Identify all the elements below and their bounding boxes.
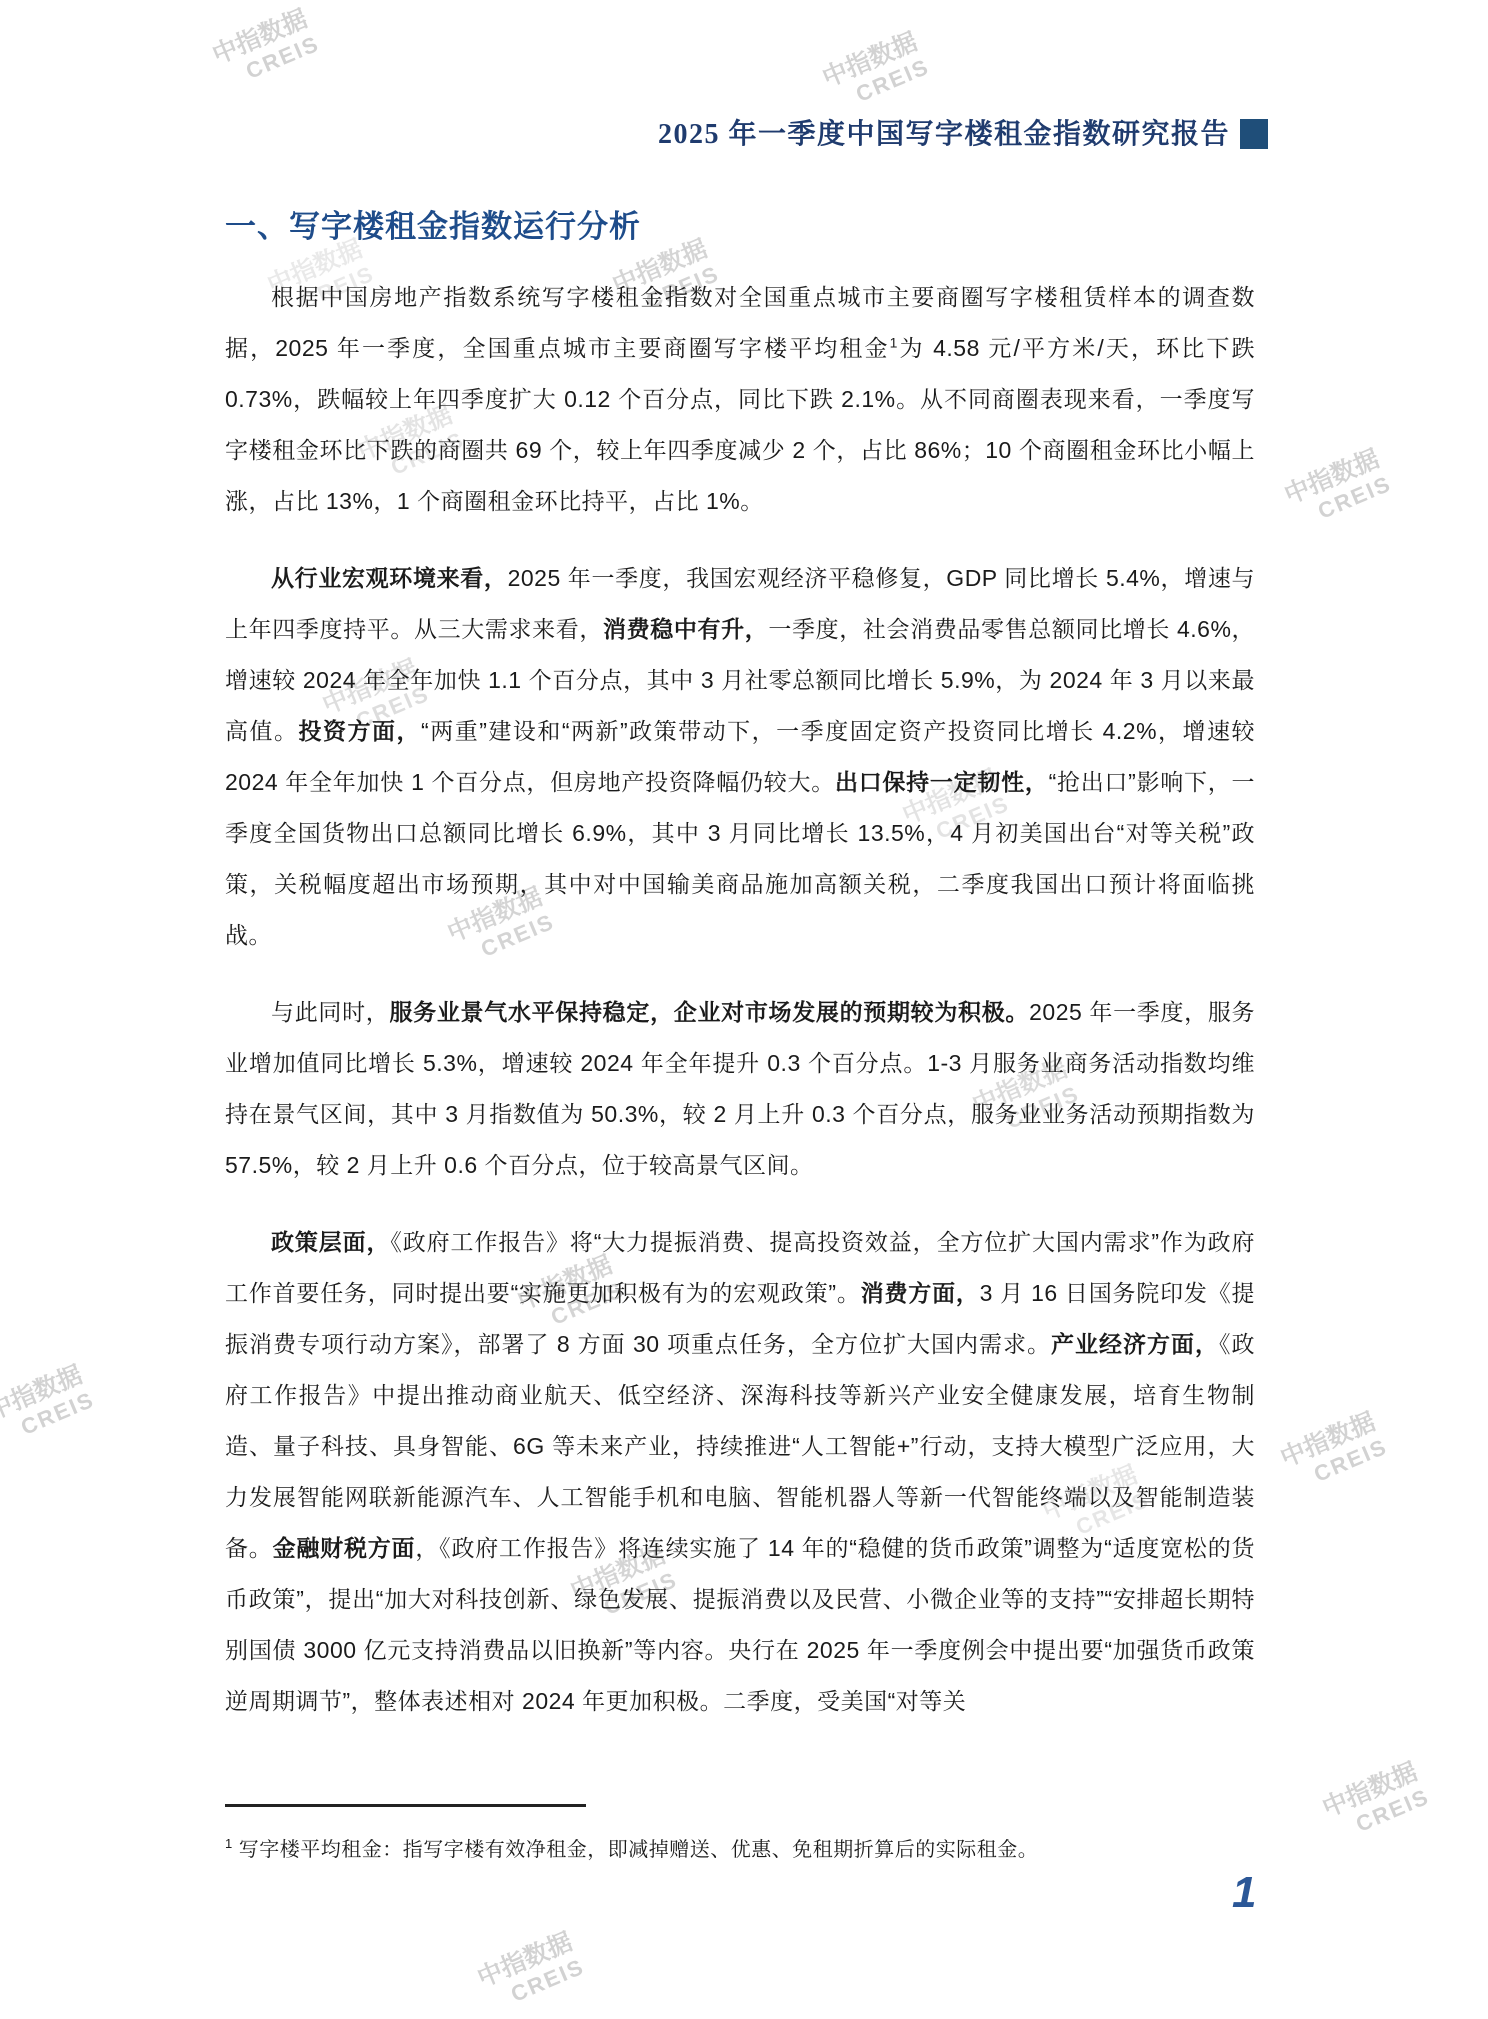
report-body: 一、写字楼租金指数运行分析 根据中国房地产指数系统写字楼租金指数对全国重点城市主… [225,208,1255,1727]
creis-watermark: 中指数据CREIS [1295,1748,1454,1856]
creis-watermark: 中指数据CREIS [1253,1398,1412,1506]
section-title: 一、写字楼租金指数运行分析 [225,208,1255,246]
footnote-separator [225,1804,586,1807]
page-number: 1 [1232,1868,1256,1918]
header-accent-square [1240,119,1268,149]
paragraph-1: 根据中国房地产指数系统写字楼租金指数对全国重点城市主要商圈写字楼租赁样本的调查数… [225,272,1255,527]
watermark-line1: 中指数据 [1318,1758,1421,1823]
watermark-line2: CREIS [0,1377,120,1459]
watermark-line1: 中指数据 [208,5,311,70]
paragraph-3: 与此同时，服务业景气水平保持稳定，企业对市场发展的预期较为积极。2025 年一季… [225,987,1255,1191]
paragraph-4: 政策层面，《政府工作报告》将“大力提振消费、提高投资效益，全方位扩大国内需求”作… [225,1217,1255,1727]
watermark-line1: 中指数据 [1280,445,1383,510]
creis-watermark: 中指数据CREIS [0,1351,120,1459]
header-title: 2025 年一季度中国写字楼租金指数研究报告 [658,112,1230,152]
watermark-line2: CREIS [197,21,345,103]
watermark-line2: CREIS [1307,1774,1455,1856]
watermark-line2: CREIS [1265,1424,1413,1506]
watermark-line1: 中指数据 [1276,1408,1379,1473]
creis-watermark: 中指数据CREIS [450,1918,609,2019]
creis-watermark: 中指数据CREIS [795,18,954,126]
footnote-marker: 1 [225,1836,233,1851]
watermark-line2: CREIS [462,1944,610,2019]
footnote-area: 1写字楼平均租金：指写字楼有效净租金，即减掉赠送、优惠、免租期折算后的实际租金。 [225,1804,1255,1865]
watermark-line1: 中指数据 [818,28,921,93]
page-header: 2025 年一季度中国写字楼租金指数研究报告 [658,112,1268,152]
watermark-line1: 中指数据 [473,1928,576,1993]
creis-watermark: 中指数据CREIS [185,0,344,103]
watermark-line1: 中指数据 [0,1361,86,1426]
watermark-line2: CREIS [1269,461,1417,543]
report-page: 中指数据CREIS中指数据CREIS中指数据CREIS中指数据CREIS中指数据… [0,0,1488,2019]
footnote-text: 1写字楼平均租金：指写字楼有效净租金，即减掉赠送、优惠、免租期折算后的实际租金。 [225,1835,1255,1865]
paragraph-2: 从行业宏观环境来看，2025 年一季度，我国宏观经济平稳修复，GDP 同比增长 … [225,553,1255,961]
creis-watermark: 中指数据CREIS [1257,435,1416,543]
